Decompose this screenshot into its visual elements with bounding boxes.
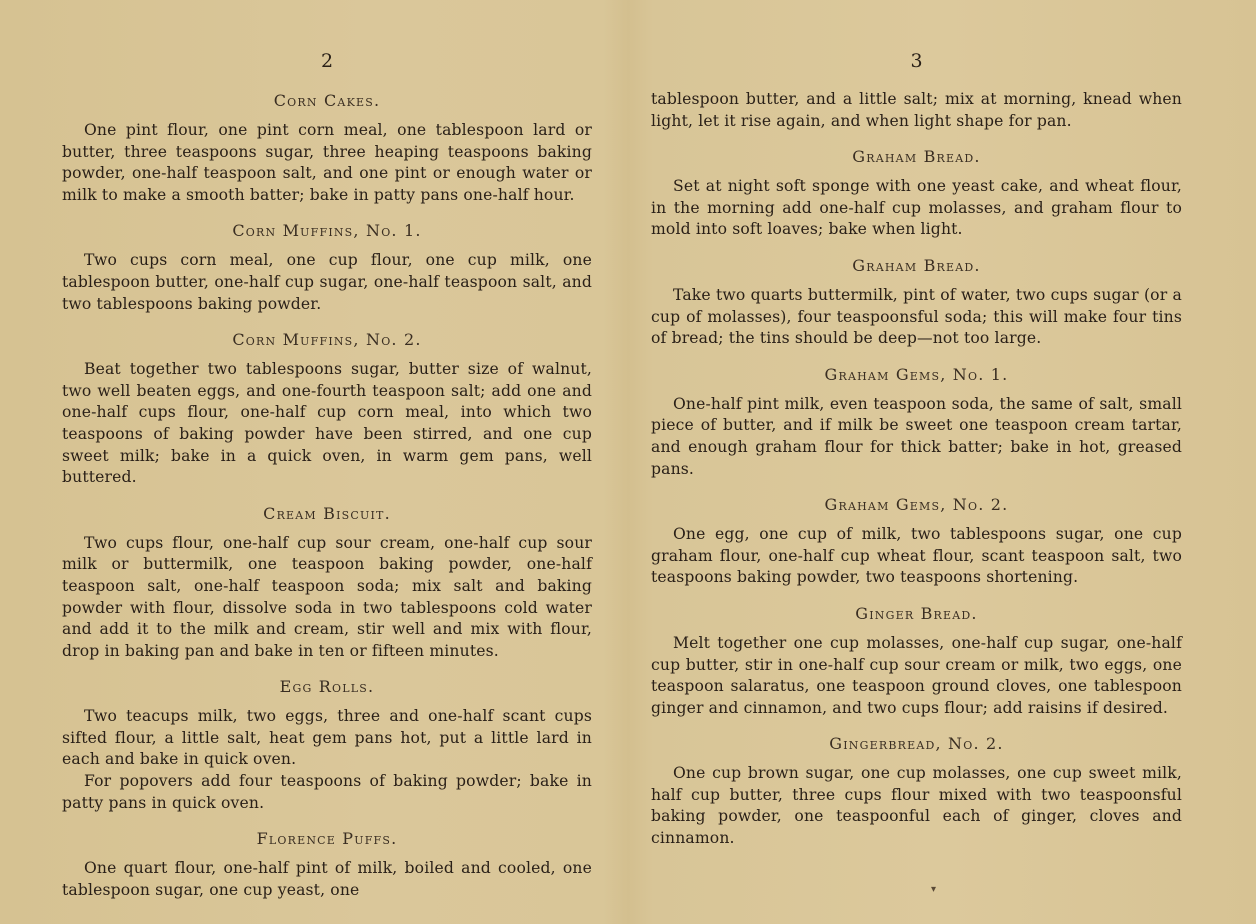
recipe-heading: Gingerbread, No. 2. (651, 733, 1182, 755)
recipe-heading: Graham Gems, No. 2. (651, 494, 1182, 516)
recipe-heading: Graham Bread. (651, 255, 1182, 277)
recipe-text: Beat together two tablespoons sugar, but… (62, 359, 592, 489)
printer-mark-icon: ▾ (931, 884, 936, 895)
recipe-text: One cup brown sugar, one cup molasses, o… (651, 763, 1182, 849)
recipe-text: Two teacups milk, two eggs, three and on… (62, 706, 592, 771)
page-content: Corn Cakes. One pint flour, one pint cor… (62, 90, 592, 915)
recipe-heading: Corn Cakes. (62, 90, 592, 112)
page-number: 2 (62, 50, 592, 72)
recipe-text: Two cups corn meal, one cup flour, one c… (62, 250, 592, 315)
recipe-heading: Florence Puffs. (62, 828, 592, 850)
recipe-heading: Ginger Bread. (651, 603, 1182, 625)
recipe-heading: Corn Muffins, No. 2. (62, 329, 592, 351)
page-content: tablespoon butter, and a little salt; mi… (651, 89, 1182, 864)
recipe-heading: Graham Bread. (651, 146, 1182, 168)
recipe-text: One pint flour, one pint corn meal, one … (62, 120, 592, 206)
recipe-heading: Egg Rolls. (62, 676, 592, 698)
recipe-heading: Graham Gems, No. 1. (651, 364, 1182, 386)
recipe-text: One quart flour, one-half pint of milk, … (62, 858, 592, 901)
left-page: 2 Corn Cakes. One pint flour, one pint c… (62, 0, 592, 924)
recipe-text: Set at night soft sponge with one yeast … (651, 176, 1182, 241)
recipe-continuation: tablespoon butter, and a little salt; mi… (651, 89, 1182, 132)
right-page: 3 tablespoon butter, and a little salt; … (651, 0, 1182, 924)
recipe-text: Melt together one cup molasses, one-half… (651, 633, 1182, 719)
recipe-text: One-half pint milk, even teaspoon soda, … (651, 394, 1182, 480)
recipe-heading: Cream Biscuit. (62, 503, 592, 525)
page-number: 3 (651, 50, 1182, 72)
recipe-text: Two cups flour, one-half cup sour cream,… (62, 533, 592, 663)
book-spread: 2 Corn Cakes. One pint flour, one pint c… (0, 0, 1256, 924)
recipe-text: For popovers add four teaspoons of bakin… (62, 771, 592, 814)
recipe-text: One egg, one cup of milk, two tablespoon… (651, 524, 1182, 589)
recipe-text: Take two quarts buttermilk, pint of wate… (651, 285, 1182, 350)
recipe-heading: Corn Muffins, No. 1. (62, 220, 592, 242)
